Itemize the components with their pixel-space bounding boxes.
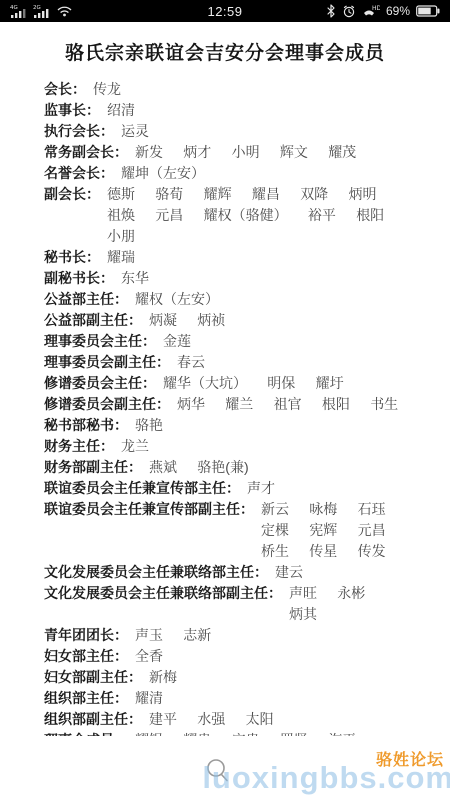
member-name: 根阳 [356,205,384,226]
member-name: 双降 [300,184,328,205]
role-label: 组织部副主任： [44,709,142,730]
role-label: 组织部主任： [44,688,128,709]
roster-row: 副秘书长：东华 [44,268,424,289]
member-name: 耀圩 [316,373,344,394]
names-group: 声旺永彬炳其 [289,583,424,625]
role-label: 公益部主任： [44,289,128,310]
role-label: 青年团团长： [44,625,128,646]
member-name: 耀权（骆健） [204,205,288,226]
member-name: 炳明 [348,184,376,205]
roster-row: 秘书长：耀瑞 [44,247,424,268]
names-group: 金莲 [163,331,424,352]
role-label: 常务副会长： [44,142,128,163]
member-name: 新发 [135,142,163,163]
member-name: 炳凝 [149,310,177,331]
roster-row: 公益部主任：耀权（左安） [44,289,424,310]
names-group: 新发炳才小明辉文耀茂 [135,142,424,163]
page-title: 骆氏宗亲联谊会吉安分会理事会成员 [20,38,430,65]
member-name: 元昌 [358,520,386,541]
role-label: 公益部副主任： [44,310,142,331]
member-name: 德斯 [107,184,135,205]
member-name: 耀权（左安） [135,289,219,310]
roster-row: 理事委员会副主任：春云 [44,352,424,373]
role-label: 妇女部主任： [44,646,128,667]
names-group: 燕斌骆艳(兼) [149,457,424,478]
member-name: 声旺 [289,583,317,604]
role-label: 财务部副主任： [44,457,142,478]
member-name: 水强 [197,709,225,730]
member-name: 石珏 [358,499,386,520]
member-name: 耀昌 [252,184,280,205]
names-group: 声才 [247,478,424,499]
watermark-site-url: luoxingbbs.com [202,760,450,796]
roster-row: 名誉会长：耀坤（左安） [44,163,424,184]
names-group: 德斯骆荀耀辉耀昌双降炳明祖焕元昌耀权（骆健）裕平根阳小朋 [107,184,424,247]
roster-row: 联谊委员会主任兼宣传部主任：声才 [44,478,424,499]
names-group: 春云 [177,352,424,373]
member-name: 耀清 [135,688,163,709]
names-group: 新梅 [149,667,424,688]
roster-row: 修谱委员会副主任：炳华耀兰祖官根阳书生 [44,394,424,415]
names-group: 声玉志新 [135,625,424,646]
roster-row: 组织部主任：耀清 [44,688,424,709]
member-name: 辉文 [280,142,308,163]
member-name: 炳祯 [197,310,225,331]
names-group: 耀清 [135,688,424,709]
member-name: 声才 [247,478,275,499]
member-name: 永彬 [337,583,365,604]
member-name: 燕斌 [149,457,177,478]
roster-row: 妇女部主任：全香 [44,646,424,667]
member-name: 耀华（大坑） [163,373,247,394]
member-name: 绍清 [107,100,135,121]
member-name: 耀茂 [328,142,356,163]
clock-time: 12:59 [0,4,450,19]
member-name: 小明 [232,142,260,163]
member-name: 声玉 [135,625,163,646]
role-label: 会长： [44,79,86,100]
phone-screenshot-root: 4G 2G 12:59 [0,0,450,800]
roster-row: 执行会长：运灵 [44,121,424,142]
role-label: 理事委员会副主任： [44,352,170,373]
member-name: 书生 [370,394,398,415]
names-group: 炳凝炳祯 [149,310,424,331]
member-name: 祖焕 [107,205,135,226]
roster-row: 组织部副主任：建平水强太阳 [44,709,424,730]
member-name: 金莲 [163,331,191,352]
member-name: 耀坤（左安） [121,163,205,184]
member-name: 骆艳(兼) [197,457,248,478]
member-name: 建云 [275,562,303,583]
roster-row: 联谊委员会主任兼宣传部副主任：新云咏梅石珏定棵宪辉元昌桥生传星传发 [44,499,424,562]
role-label: 副会长： [44,184,100,247]
member-name: 裕平 [308,205,336,226]
role-label: 财务主任： [44,436,114,457]
role-label: 联谊委员会主任兼宣传部副主任： [44,499,254,562]
member-name: 咏梅 [309,499,337,520]
member-name: 龙兰 [121,436,149,457]
role-label: 名誉会长： [44,163,114,184]
names-group: 建云 [275,562,424,583]
roster-row: 会长：传龙 [44,79,424,100]
member-name: 东华 [121,268,149,289]
names-group: 耀坤（左安） [121,163,424,184]
names-group: 耀瑞 [107,247,424,268]
names-group: 骆艳 [135,415,424,436]
role-label: 修谱委员会主任： [44,373,156,394]
roster-row: 公益部副主任：炳凝炳祯 [44,310,424,331]
role-label: 副秘书长： [44,268,114,289]
member-name: 耀辉 [204,184,232,205]
roster-row: 理事委员会主任：金莲 [44,331,424,352]
names-group: 东华 [121,268,424,289]
member-name: 明保 [267,373,295,394]
roster-row: 监事长：绍清 [44,100,424,121]
member-name: 春云 [177,352,205,373]
roster-row: 财务部副主任：燕斌骆艳(兼) [44,457,424,478]
status-bar: 4G 2G 12:59 [0,0,450,22]
member-name: 全香 [135,646,163,667]
footer-bar: 骆姓论坛 luoxingbbs.com [0,736,450,800]
names-group: 耀权（左安） [135,289,424,310]
member-name: 志新 [183,625,211,646]
roster-row: 青年团团长：声玉志新 [44,625,424,646]
names-group: 全香 [135,646,424,667]
roster-row: 副会长：德斯骆荀耀辉耀昌双降炳明祖焕元昌耀权（骆健）裕平根阳小朋 [44,184,424,247]
member-name: 炳华 [177,394,205,415]
member-name: 元昌 [155,205,183,226]
role-label: 理事委员会主任： [44,331,156,352]
member-name: 传星 [309,541,337,562]
member-name: 骆艳 [135,415,163,436]
roster-row: 修谱委员会主任：耀华（大坑）明保耀圩 [44,373,424,394]
role-label: 联谊委员会主任兼宣传部主任： [44,478,240,499]
member-name: 小朋 [107,226,135,247]
role-label: 监事长： [44,100,100,121]
member-name: 传龙 [93,79,121,100]
names-group: 龙兰 [121,436,424,457]
member-name: 运灵 [121,121,149,142]
roster-row: 妇女部副主任：新梅 [44,667,424,688]
member-name: 骆荀 [155,184,183,205]
names-group: 耀华（大坑）明保耀圩 [163,373,424,394]
member-name: 太阳 [246,709,274,730]
member-name: 祖官 [274,394,302,415]
names-group: 炳华耀兰祖官根阳书生 [177,394,424,415]
member-name: 宪辉 [309,520,337,541]
member-name: 传发 [358,541,386,562]
role-label: 文化发展委员会主任兼联络部副主任： [44,583,282,625]
member-name: 桥生 [261,541,289,562]
member-name: 建平 [149,709,177,730]
member-name: 耀兰 [225,394,253,415]
roster-list: 会长：传龙监事长：绍清执行会长：运灵常务副会长：新发炳才小明辉文耀茂名誉会长：耀… [0,77,450,772]
role-label: 秘书部秘书： [44,415,128,436]
names-group: 绍清 [107,100,424,121]
member-name: 根阳 [322,394,350,415]
member-name: 定棵 [261,520,289,541]
role-label: 文化发展委员会主任兼联络部主任： [44,562,268,583]
roster-row: 文化发展委员会主任兼联络部主任：建云 [44,562,424,583]
role-label: 秘书长： [44,247,100,268]
member-name: 新梅 [149,667,177,688]
role-label: 妇女部副主任： [44,667,142,688]
roster-row: 文化发展委员会主任兼联络部副主任：声旺永彬炳其 [44,583,424,625]
role-label: 修谱委员会副主任： [44,394,170,415]
member-name: 耀瑞 [107,247,135,268]
member-name: 炳才 [183,142,211,163]
roster-row: 秘书部秘书：骆艳 [44,415,424,436]
names-group: 建平水强太阳 [149,709,424,730]
role-label: 执行会长： [44,121,114,142]
names-group: 传龙 [93,79,424,100]
roster-row: 财务主任：龙兰 [44,436,424,457]
names-group: 新云咏梅石珏定棵宪辉元昌桥生传星传发 [261,499,424,562]
member-name: 炳其 [289,604,317,625]
names-group: 运灵 [121,121,424,142]
roster-row: 常务副会长：新发炳才小明辉文耀茂 [44,142,424,163]
member-name: 新云 [261,499,289,520]
